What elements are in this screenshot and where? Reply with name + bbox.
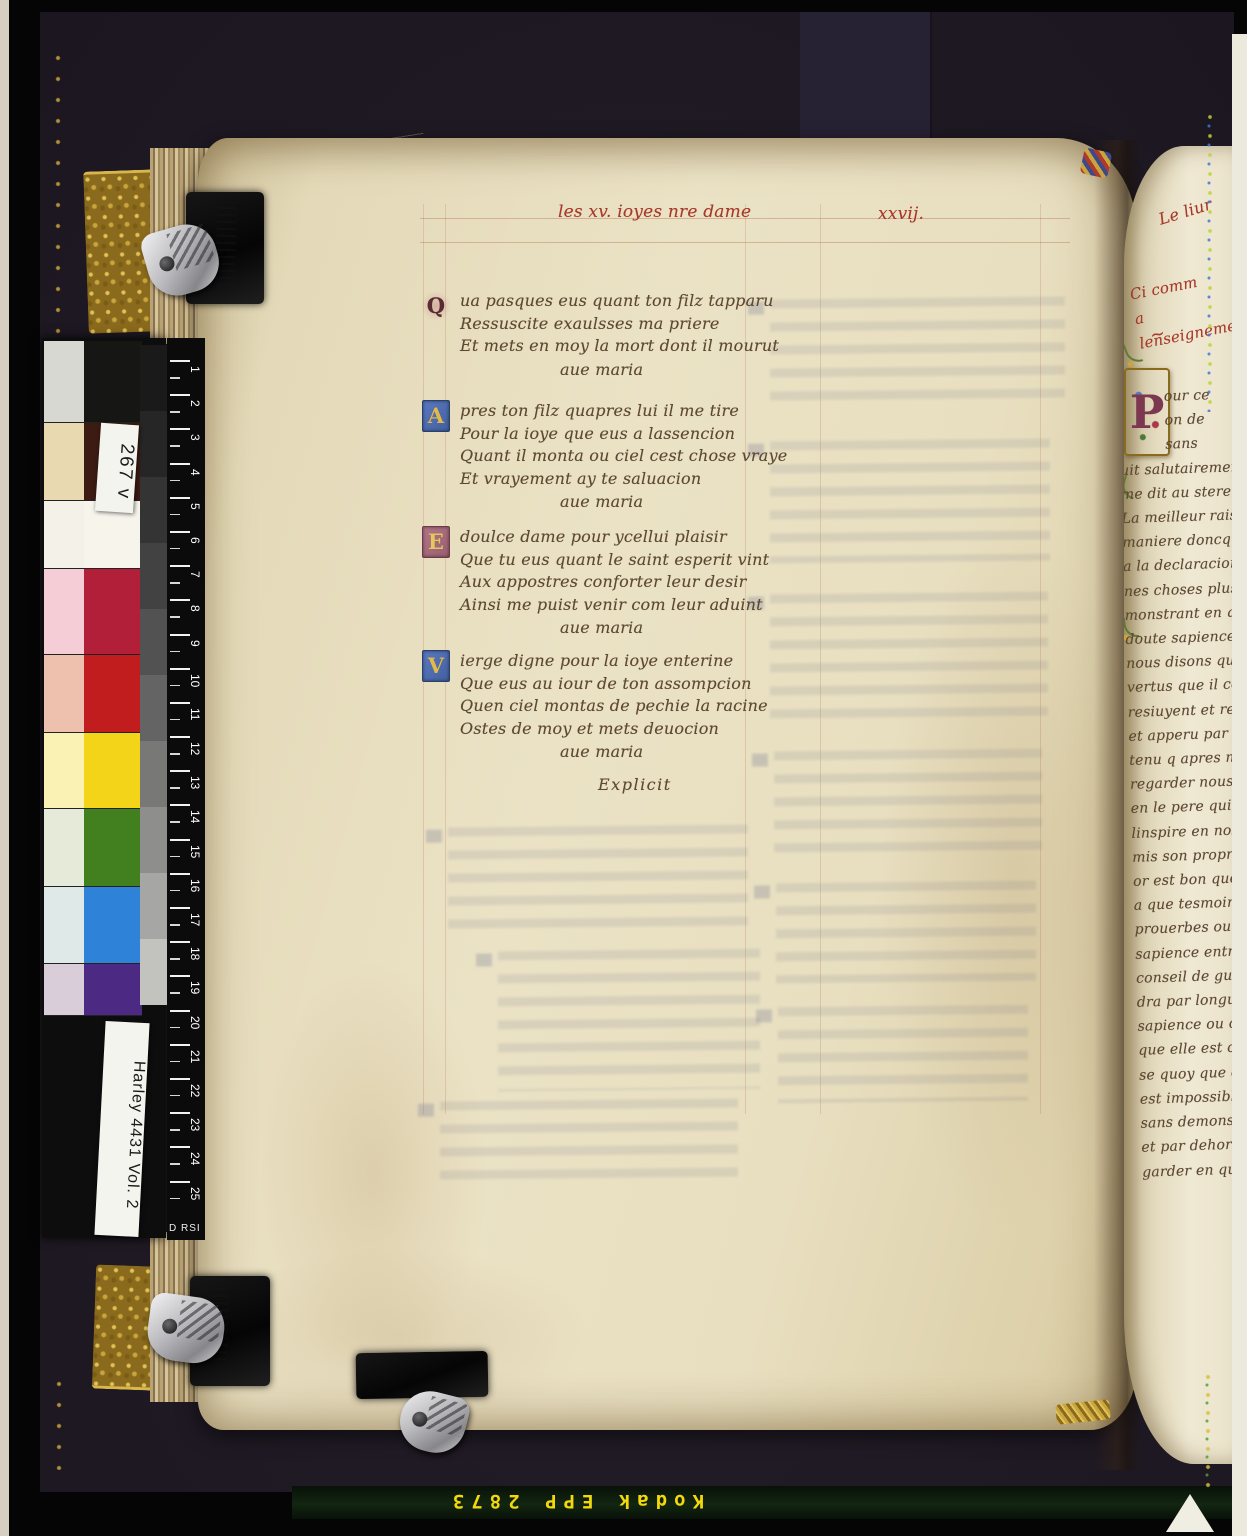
color-patch-row	[44, 964, 142, 1016]
facing-text-line: sans demonstrer	[1140, 1108, 1236, 1136]
color-patch-saturated	[84, 887, 142, 963]
illuminated-initial-q: Q	[422, 290, 450, 322]
stanza-4: V ierge digne pour la ioye enterineQue e…	[424, 650, 824, 764]
refrain: aue maria	[560, 491, 824, 514]
sprocket-specks-right-bottom	[1204, 1372, 1212, 1490]
felt-flap	[800, 12, 932, 140]
verse-line: Et mets en moy la mort dont il mourut	[460, 335, 824, 358]
color-patch-saturated	[84, 964, 142, 1015]
film-edge-text: Kodak EPP 2873	[304, 1490, 704, 1512]
ruler-tick-cell: 7	[167, 565, 205, 599]
color-patch-light	[44, 501, 84, 568]
ruler-number: 12	[188, 742, 202, 755]
color-patch-light	[44, 809, 84, 886]
facing-text-line: doute sapience	[1125, 624, 1236, 652]
facing-text-line: regarder nous	[1130, 769, 1236, 797]
ruler-tick-cell: 1	[167, 360, 205, 394]
stanza-3: E doulce dame pour ycellui plaisirQue tu…	[424, 526, 824, 640]
clip-metal-tag-top	[215, 202, 238, 287]
facing-text-line: a la declaracion	[1124, 552, 1236, 580]
ruler-tick-cell: 13	[167, 770, 205, 804]
ruler-tick-cell: 10	[167, 668, 205, 702]
color-patch-row	[44, 733, 142, 809]
ruler-number: 20	[188, 1016, 202, 1029]
ruler-number: 15	[188, 845, 202, 858]
facing-text-line: garder en quelle	[1142, 1156, 1236, 1184]
ruler-number: 4	[188, 469, 202, 476]
verse-line: Aux appostres conforter leur desir	[460, 571, 824, 594]
facing-text-line: on de	[1124, 407, 1236, 435]
ruler-number: 18	[188, 947, 202, 960]
ruler-number: 13	[188, 776, 202, 789]
ruler-tick-cell: 6	[167, 531, 205, 565]
verse-line: Ostes de moy et mets deuocion	[460, 718, 824, 741]
verse-line: pres ton filz quapres lui il me tire	[460, 400, 824, 423]
folio-number: xxvij.	[878, 204, 924, 224]
color-patch-light	[44, 887, 84, 963]
color-patch-row	[44, 655, 142, 733]
facing-text-line: La meilleur raiso	[1124, 503, 1236, 531]
ruler-number: 11	[188, 708, 202, 720]
color-patch-row	[44, 887, 142, 964]
explicit-colophon: Explicit	[598, 775, 672, 794]
sprocket-specks-right-top	[1206, 112, 1214, 412]
ruler-number: 7	[188, 571, 202, 578]
ruler-tick-cell: 11	[167, 702, 205, 736]
showthrough-text-block	[440, 1098, 738, 1193]
verse-line: Pour la ioye que eus a lassencion	[460, 423, 824, 446]
verse-line: Que eus au iour de ton assompcion	[460, 673, 824, 696]
color-patch-light	[44, 733, 84, 808]
verse-line: Et vrayement ay te saluacion	[460, 468, 824, 491]
ruler-tick-cell: 14	[167, 804, 205, 838]
grayscale-step	[140, 873, 167, 939]
facing-text-line: mis son propre	[1132, 842, 1236, 870]
sprocket-specks-left-bottom	[55, 1378, 63, 1470]
grayscale-step	[140, 807, 167, 873]
ruler-number: 16	[188, 879, 202, 892]
facing-text-line: sans	[1124, 431, 1236, 459]
stanza-1: Q ua pasques eus quant ton filz tapparuR…	[424, 290, 824, 381]
ruler-number: 10	[188, 674, 202, 687]
ruler-number: 8	[188, 605, 202, 612]
verse-line: doulce dame pour ycellui plaisir	[460, 526, 824, 549]
verse-line: ua pasques eus quant ton filz tapparu	[460, 290, 824, 313]
ruler-number: 24	[188, 1152, 202, 1165]
manuscript-photograph: les xv. ioyes nre dame xxvij. Q ua pasqu…	[0, 0, 1247, 1536]
facing-rubric: Ci comm a lenseignemen	[1128, 262, 1236, 356]
facing-text-line: sapience entre en	[1135, 939, 1236, 967]
ruler-number: 22	[188, 1084, 202, 1097]
verse-line: Quen ciel montas de pechie la racine	[460, 695, 824, 718]
facing-text-line: maniere doncq	[1124, 527, 1236, 555]
facing-text-line: vertus que il cou	[1127, 673, 1236, 701]
facing-text-line: est impossible que	[1140, 1084, 1236, 1112]
grayscale-step	[140, 675, 167, 741]
ruler-tick-cell: 8	[167, 599, 205, 633]
verse-line: ierge digne pour la ioye enterine	[460, 650, 824, 673]
measurement-ruler: 1234567891011121314151617181920212223242…	[167, 338, 205, 1240]
color-patch-saturated	[84, 655, 142, 732]
ruler-number: 3	[188, 434, 202, 441]
ruler-tick-cell: 18	[167, 941, 205, 975]
refrain: aue maria	[560, 617, 824, 640]
color-patch-saturated	[84, 569, 142, 654]
verse-line: Ainsi me puist venir com leur aduint	[460, 594, 824, 617]
facing-text-line: en le pere qui de	[1130, 794, 1236, 822]
facing-text-line: linspire en nos e	[1131, 818, 1236, 846]
facing-text-column: our ceon desansuit salutairemenme dit au…	[1124, 382, 1236, 1184]
facing-text-line: monstrant en q	[1124, 600, 1236, 628]
ruler-tick-cell: 22	[167, 1078, 205, 1112]
ruler-tick-cell: 16	[167, 873, 205, 907]
grayscale-step	[140, 543, 167, 609]
ruler-tick-cell: 5	[167, 497, 205, 531]
facing-text-line: nous disons que	[1126, 648, 1236, 676]
refrain: aue maria	[560, 741, 824, 764]
ruler-number: 6	[188, 537, 202, 544]
grayscale-strip	[140, 345, 167, 1005]
ruler-tick-cell: 9	[167, 634, 205, 668]
ruler-tick-cell: 3	[167, 428, 205, 462]
ruler-number: 23	[188, 1118, 202, 1131]
grayscale-step	[140, 345, 167, 411]
facing-text-line: conseil de guidem	[1136, 963, 1236, 991]
ruler-tick-cell: 15	[167, 839, 205, 873]
facing-text-line: resiuyent et refo	[1127, 697, 1236, 725]
stanza-2: A pres ton filz quapres lui il me tirePo…	[424, 400, 824, 514]
refrain: aue maria	[560, 359, 824, 382]
color-patch-light	[44, 423, 84, 500]
facing-text-line: et apperu par la	[1128, 721, 1236, 749]
showthrough-text-block	[448, 824, 748, 939]
facing-text-line: tenu q apres m	[1129, 745, 1236, 773]
color-patch-saturated	[84, 733, 142, 808]
ruler-number: 17	[188, 913, 202, 926]
ruler-number: 21	[188, 1050, 202, 1063]
illuminated-initial-a: A	[422, 400, 450, 432]
color-patch-row	[44, 341, 142, 423]
ruler-number: 14	[188, 810, 202, 823]
ruler-number: 25	[188, 1187, 202, 1200]
facing-text-line: et par dehors or	[1141, 1132, 1236, 1160]
film-edge-strip-right	[1232, 34, 1247, 1536]
color-patch-light	[44, 341, 84, 422]
showthrough-text-block	[498, 949, 760, 1092]
color-patch-light	[44, 964, 84, 1015]
folio-sticker: 267 v	[95, 423, 139, 513]
facing-text-line: or est bon que n	[1133, 866, 1236, 894]
ruler-tick-cell: 17	[167, 907, 205, 941]
vellum-page-267v: les xv. ioyes nre dame xxvij. Q ua pasqu…	[198, 138, 1136, 1430]
grayscale-step	[140, 411, 167, 477]
ruler-number: 1	[188, 366, 202, 373]
facing-text-line: nes choses plus	[1124, 576, 1236, 604]
stanza-lines: ua pasques eus quant ton filz tapparuRes…	[460, 290, 824, 358]
color-patch-light	[44, 655, 84, 732]
film-edge-band: Kodak EPP 2873	[292, 1486, 1232, 1519]
ruler-number: 19	[188, 981, 202, 994]
film-edge-strip-left	[0, 0, 9, 1536]
ruler-tick-cell: 2	[167, 394, 205, 428]
verse-line: Quant il monta ou ciel cest chose vraye	[460, 445, 824, 468]
ruler-number: 5	[188, 503, 202, 510]
endband-top	[1080, 147, 1113, 178]
verse-line: Ressuscite exaulsses ma priere	[460, 313, 824, 336]
facing-text-line: a que tesmoing	[1133, 890, 1236, 918]
facing-text-line: que elle est ou cue	[1138, 1035, 1236, 1063]
ruler-tick-cell: 25	[167, 1181, 205, 1215]
illuminated-initial-v: V	[422, 650, 450, 682]
color-patch-saturated	[84, 341, 142, 422]
ruler-tick-cell: 23	[167, 1112, 205, 1146]
facing-text-line: se quoy que ce so	[1139, 1060, 1236, 1088]
grayscale-step	[140, 609, 167, 675]
grayscale-step	[140, 939, 167, 1005]
ruler-tick-cell: 20	[167, 1010, 205, 1044]
color-patch-row	[44, 809, 142, 887]
grayscale-step	[140, 741, 167, 807]
stanza-lines: ierge digne pour la ioye enterineQue eus…	[460, 650, 824, 740]
illuminated-initial-e: E	[422, 526, 450, 558]
ruler-tick-cell: 4	[167, 463, 205, 497]
color-patch-saturated	[84, 809, 142, 886]
ruler-tick-cell: 21	[167, 1044, 205, 1078]
ruler-tick-cell: 24	[167, 1146, 205, 1180]
ruler-tick-cell: 12	[167, 736, 205, 770]
page-header-title: les xv. ioyes nre dame	[558, 202, 751, 222]
ruler-scale: 1234567891011121314151617181920212223242…	[167, 360, 205, 1215]
ruler-number: 9	[188, 640, 202, 647]
facing-text-line: uit salutairemen	[1124, 455, 1236, 483]
verse-line: Que tu eus quant le saint esperit vint	[460, 549, 824, 572]
facing-text-line: dra par longue d	[1136, 987, 1236, 1015]
facing-text-line: prouerbes ou y	[1134, 915, 1236, 943]
film-notch-triangle	[1166, 1494, 1214, 1532]
showthrough-text-block	[776, 881, 1036, 984]
facing-text-line: me dit au stere q	[1124, 479, 1236, 507]
stanza-lines: doulce dame pour ycellui plaisirQue tu e…	[460, 526, 824, 616]
showthrough-text-block	[778, 1005, 1028, 1104]
facing-text-line: sapience ou cuer	[1137, 1011, 1236, 1039]
color-patch-row	[44, 569, 142, 655]
ruler-number: 2	[188, 400, 202, 407]
ruler-footer-label: D RSI	[169, 1223, 201, 1234]
color-patch-light	[44, 569, 84, 654]
facing-page-recto: Le liur Ci comm a lenseignemen ∼ P our c…	[1124, 146, 1236, 1464]
grayscale-step	[140, 477, 167, 543]
ruler-tick-cell: 19	[167, 975, 205, 1009]
stanza-lines: pres ton filz quapres lui il me tirePour…	[460, 400, 824, 490]
showthrough-text-block	[774, 749, 1042, 862]
